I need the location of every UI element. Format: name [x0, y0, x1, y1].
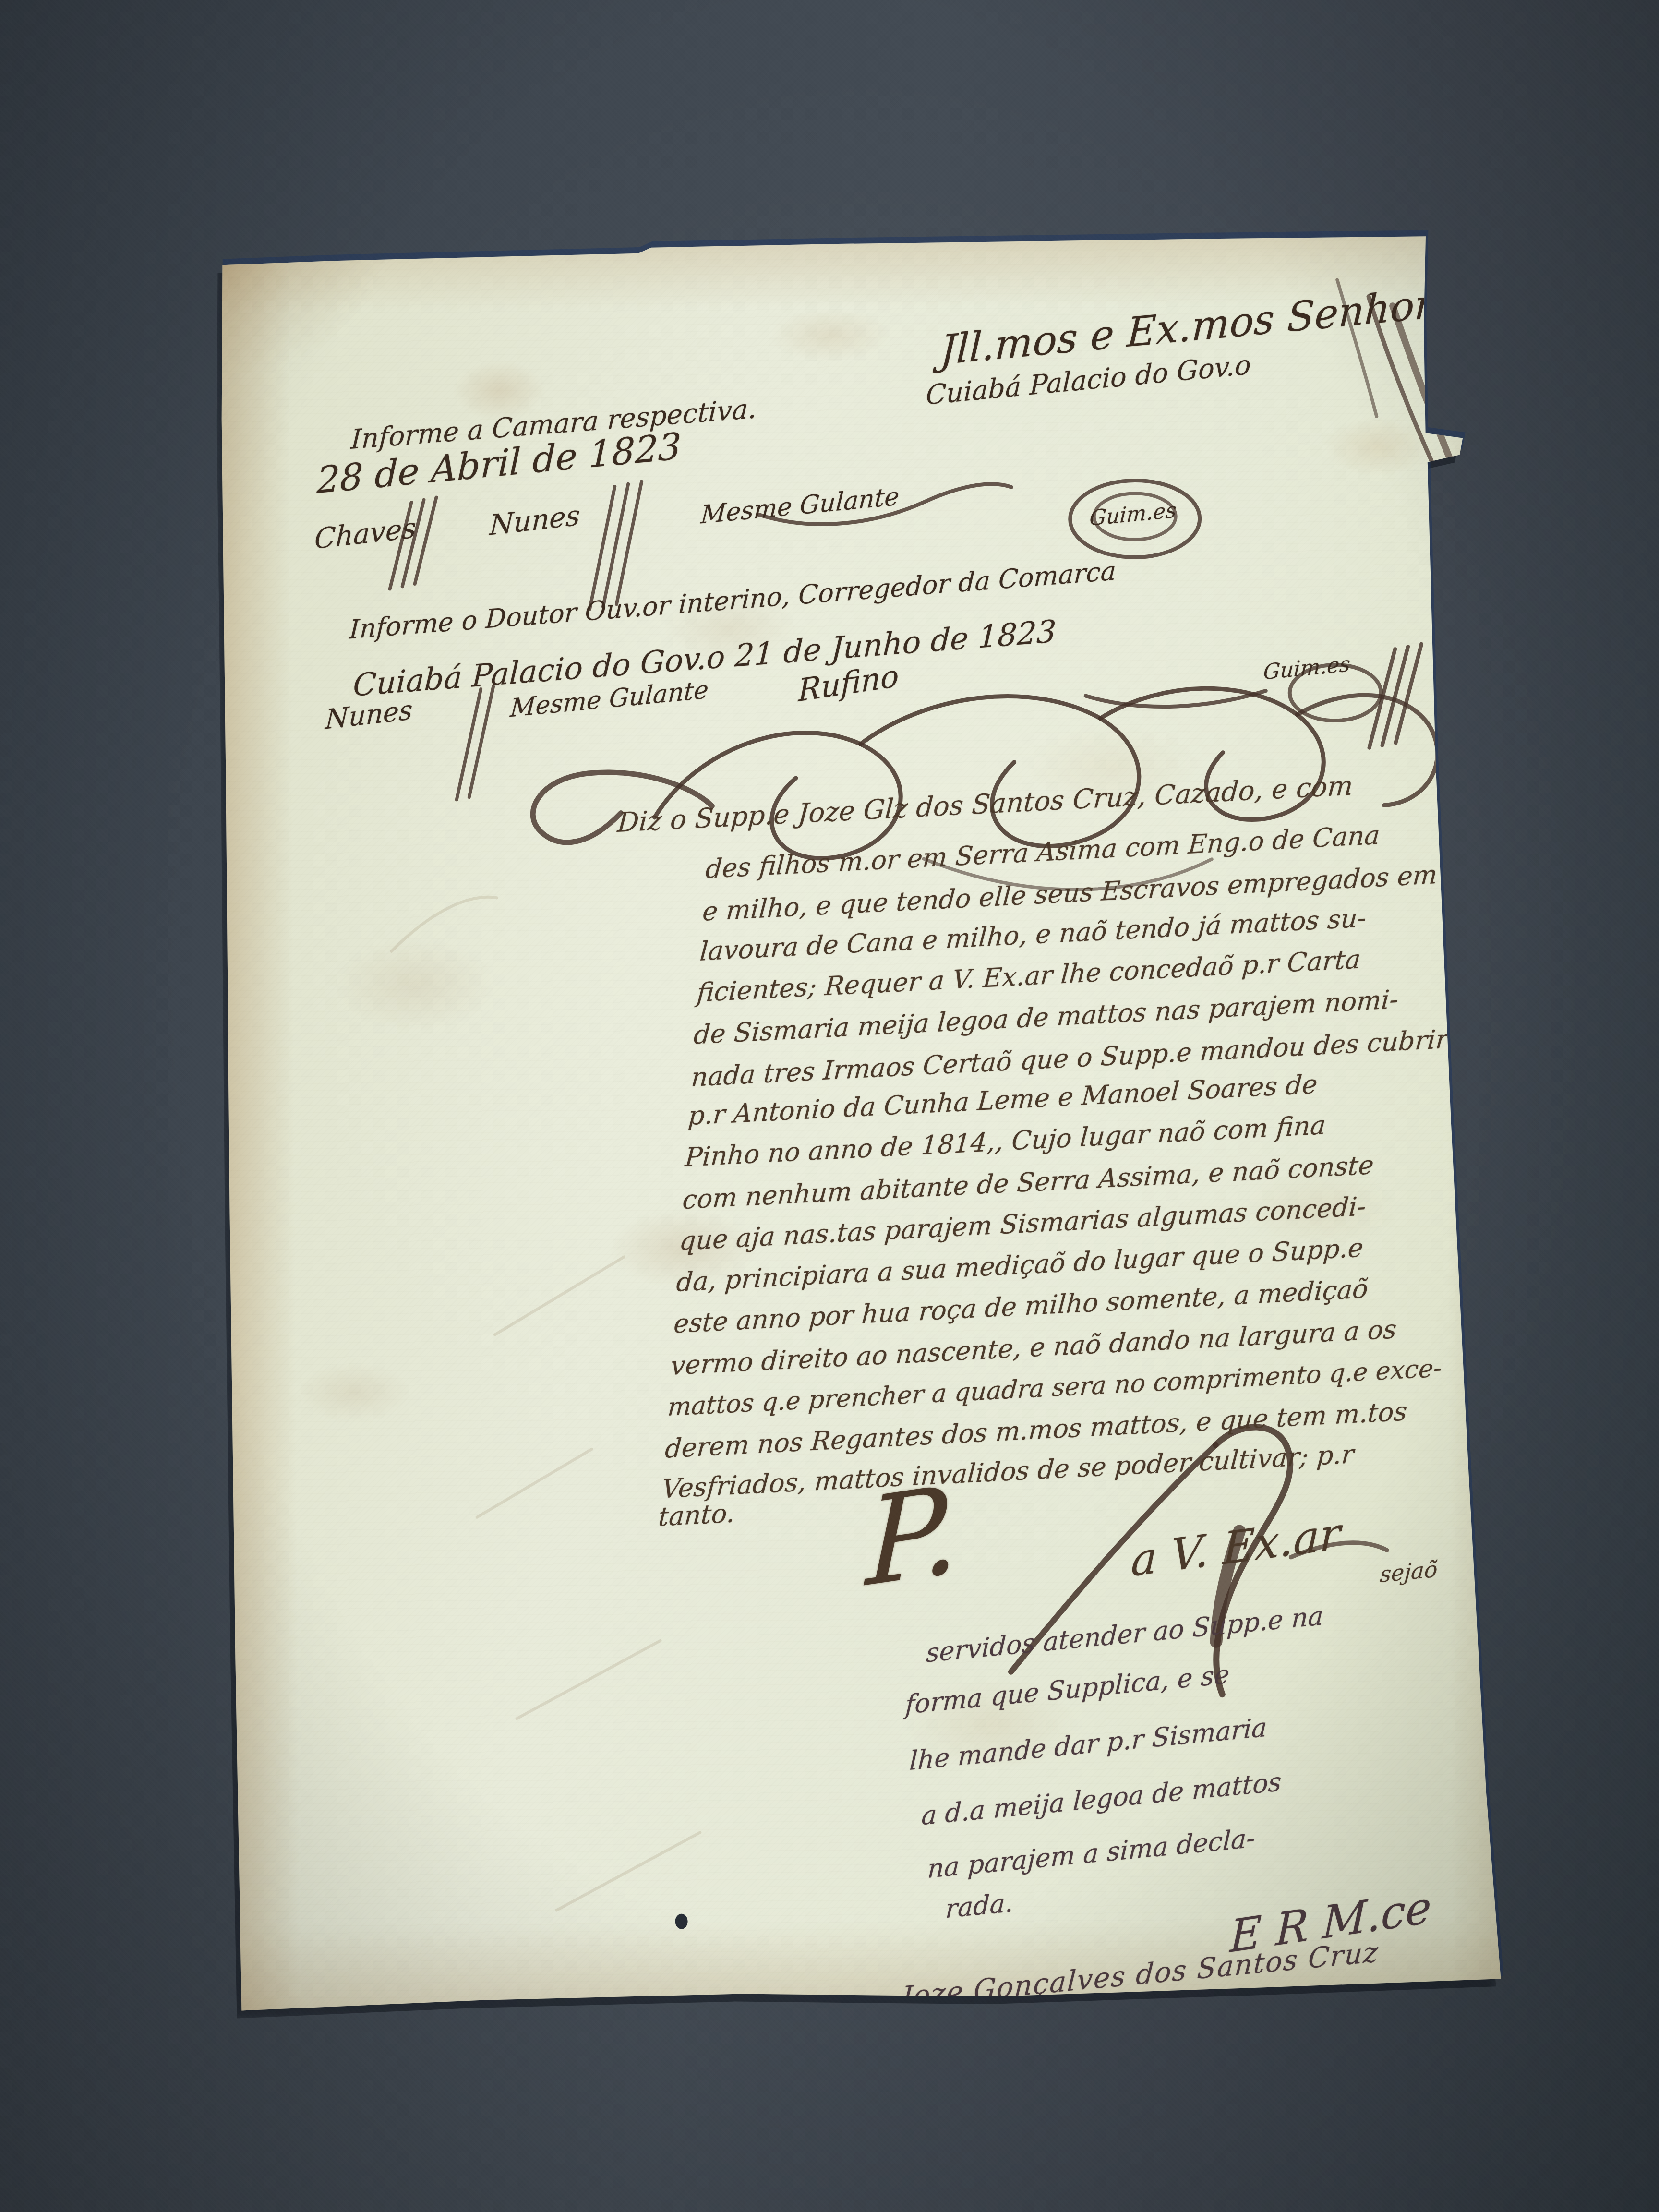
petition-line: tanto. [658, 1498, 736, 1532]
manuscript-paper: Jll.mos e Ex.mos Senhores Informe a Cama… [218, 233, 1503, 2013]
wormhole-dot [675, 1914, 687, 1929]
manuscript-photo: Jll.mos e Ex.mos Senhores Informe a Cama… [0, 0, 1659, 2212]
formula-initial: P. [865, 1458, 962, 1614]
